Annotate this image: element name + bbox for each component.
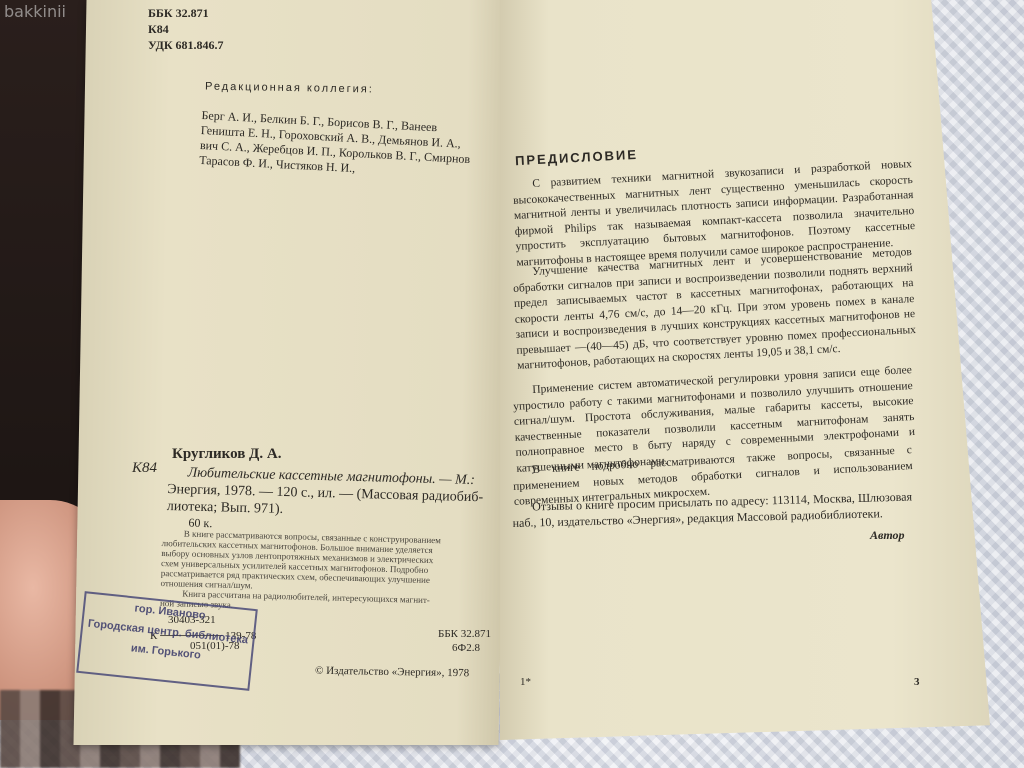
bbk-bottom: ББК 32.871 — [438, 628, 491, 640]
citation: Любительские кассетные магнитофоны. — М.… — [166, 464, 483, 538]
preface-paragraph-2: Улучшение качества магнитных лент и усов… — [512, 245, 917, 374]
abstract: В книге рассматриваются вопросы, связанн… — [160, 528, 434, 615]
book-author: Кругликов Д. А. — [172, 446, 281, 463]
bbk-bottom-2: 6Ф2.8 — [452, 642, 480, 654]
watermark: bakkinii — [4, 2, 66, 21]
udk-code: УДК 681.846.7 — [148, 38, 224, 53]
catalog-code: К84 — [148, 22, 169, 37]
bbk-code: ББК 32.871 — [148, 6, 209, 21]
page-number: 3 — [914, 676, 920, 688]
preface-signature: Автор — [870, 528, 905, 543]
catalog-code-k84: К84 — [132, 460, 157, 477]
signature-mark: 1* — [520, 676, 531, 688]
